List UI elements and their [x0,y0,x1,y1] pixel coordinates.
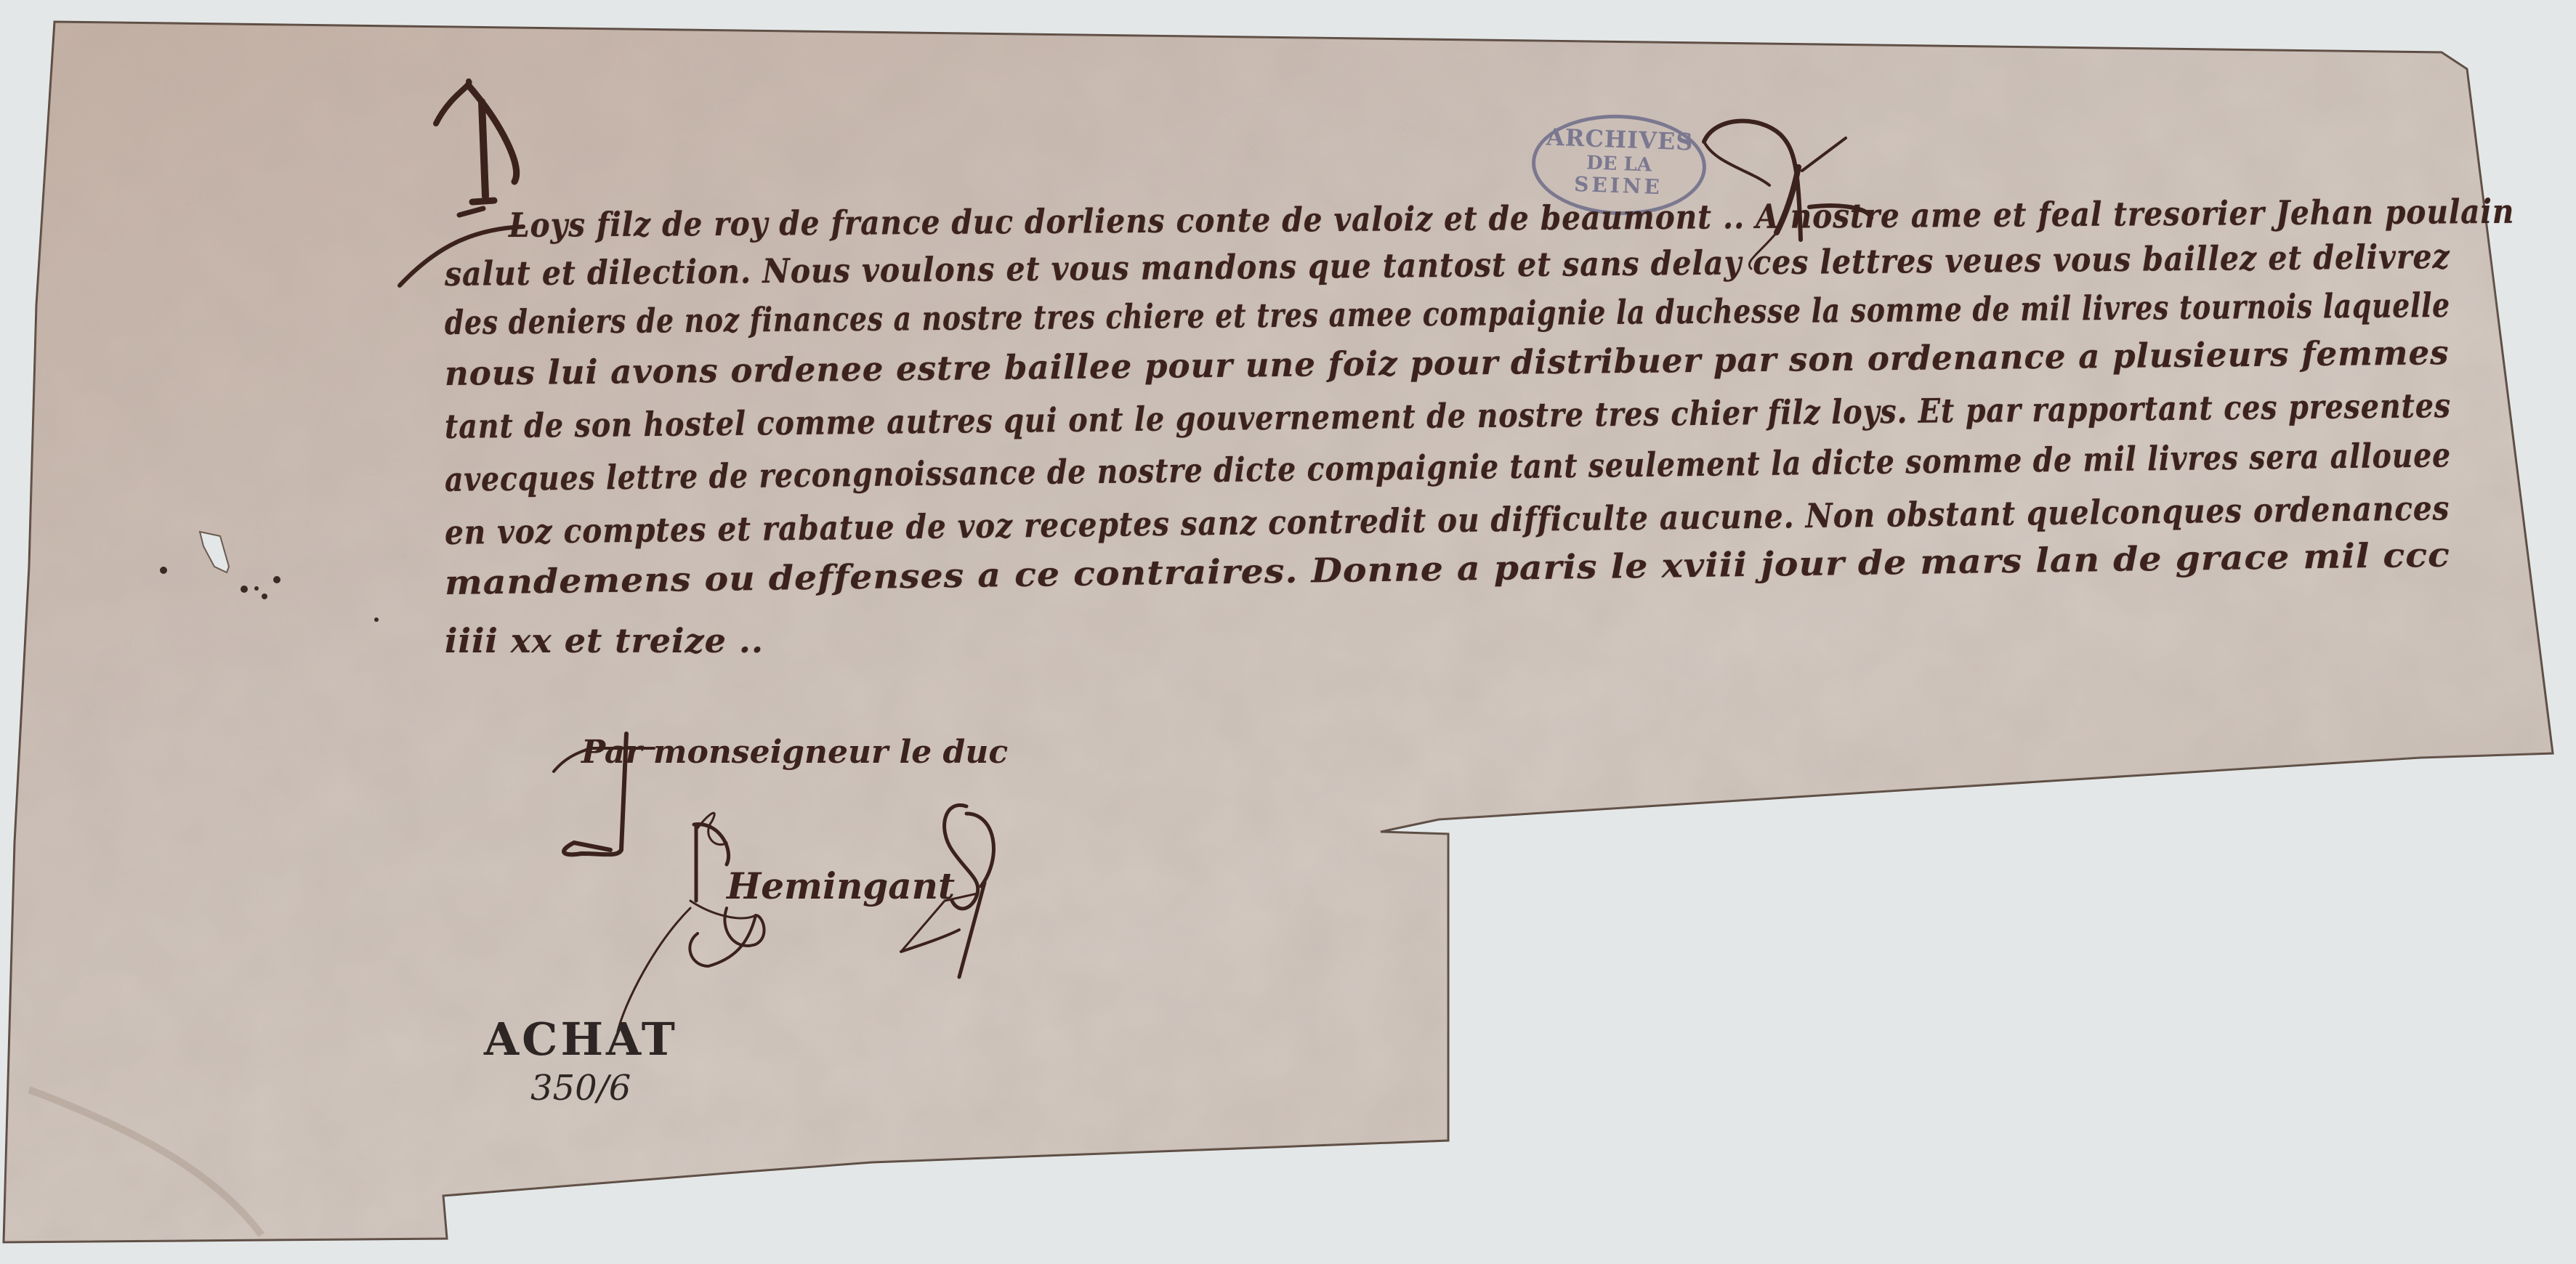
signature-attribution: Par monseigneur le duc [581,734,1008,771]
manuscript-line-9: iiii xx et treize .. [445,621,764,660]
signature-name: Hemingant [727,864,955,907]
archive-mark-number: 350/6 [530,1068,631,1109]
parchment-sheet [0,0,2576,1264]
archive-mark-label: ACHAT [484,1013,678,1066]
document-scene: ARCHIVES DE LA SEINE Loys filz de roy de… [0,0,2576,1264]
stamp-line-1: ARCHIVES [1536,123,1704,156]
